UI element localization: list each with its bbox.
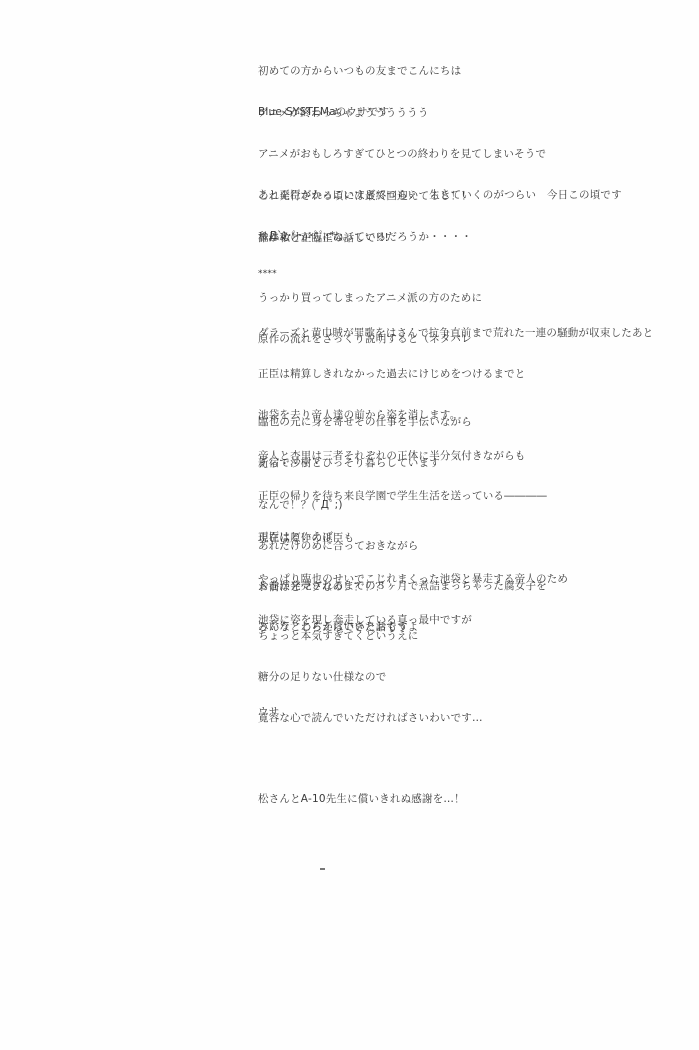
text-line: ダラーズと黄巾賊が罪歌をはさんで抗争直前まで荒れた一連の騒動が収束したあと: [258, 327, 653, 341]
signature-text: ウサ: [258, 706, 279, 720]
text-line: えっ・・・・: [258, 458, 419, 472]
text-line: 現在は原作の正臣も: [258, 532, 568, 546]
thanks-line: 松さんとA-10先生に償いきれぬ感謝を…！: [258, 766, 465, 834]
thanks-text: 松さんとA-10先生に償いきれぬ感謝を…！: [258, 793, 465, 807]
apology-paragraph: ちょっと本気すぎてくどいうえに 糖分の足りない仕様なので 寛容な心で読んでいただ…: [258, 603, 483, 753]
signature: ウサ: [258, 679, 279, 747]
text-line: 寛容な心で読んでいただければさいわいです…: [258, 712, 483, 726]
text-line: 誰か私と正臨正の話して!!!: [258, 232, 389, 246]
text-line: 糖分の足りない仕様なので: [258, 671, 483, 685]
text-line: これ発行される頃には最終回迎えてるし！！: [258, 190, 472, 204]
text-line: アニメがおもしろすぎてひとつの終わりを見てしまいそうで: [258, 148, 622, 162]
text-line: アニメが終わっちゃようううううう: [258, 107, 622, 121]
text-line: 臨也の元に身を寄せその仕事を手伝いながら: [258, 416, 472, 430]
scan-speck: [320, 868, 325, 870]
afterword-page: 初めての方からいつもの友までこんにちは Blue-SYSTEMaのウサです アニ…: [0, 0, 699, 1050]
text-line: 正臣は精算しきれなかった過去にけじめをつけるまでと: [258, 368, 653, 382]
request-paragraph: 誰か私と正臨正の話して!!!: [258, 205, 389, 273]
text-line: ８巻が発売されるまでの３ヶ月で煮詰まっちゃった腐女子を: [258, 580, 547, 594]
text-line: 初めての方からいつもの友までこんにちは: [258, 65, 461, 79]
text-line: ちょっと本気すぎてくどいうえに: [258, 630, 483, 644]
